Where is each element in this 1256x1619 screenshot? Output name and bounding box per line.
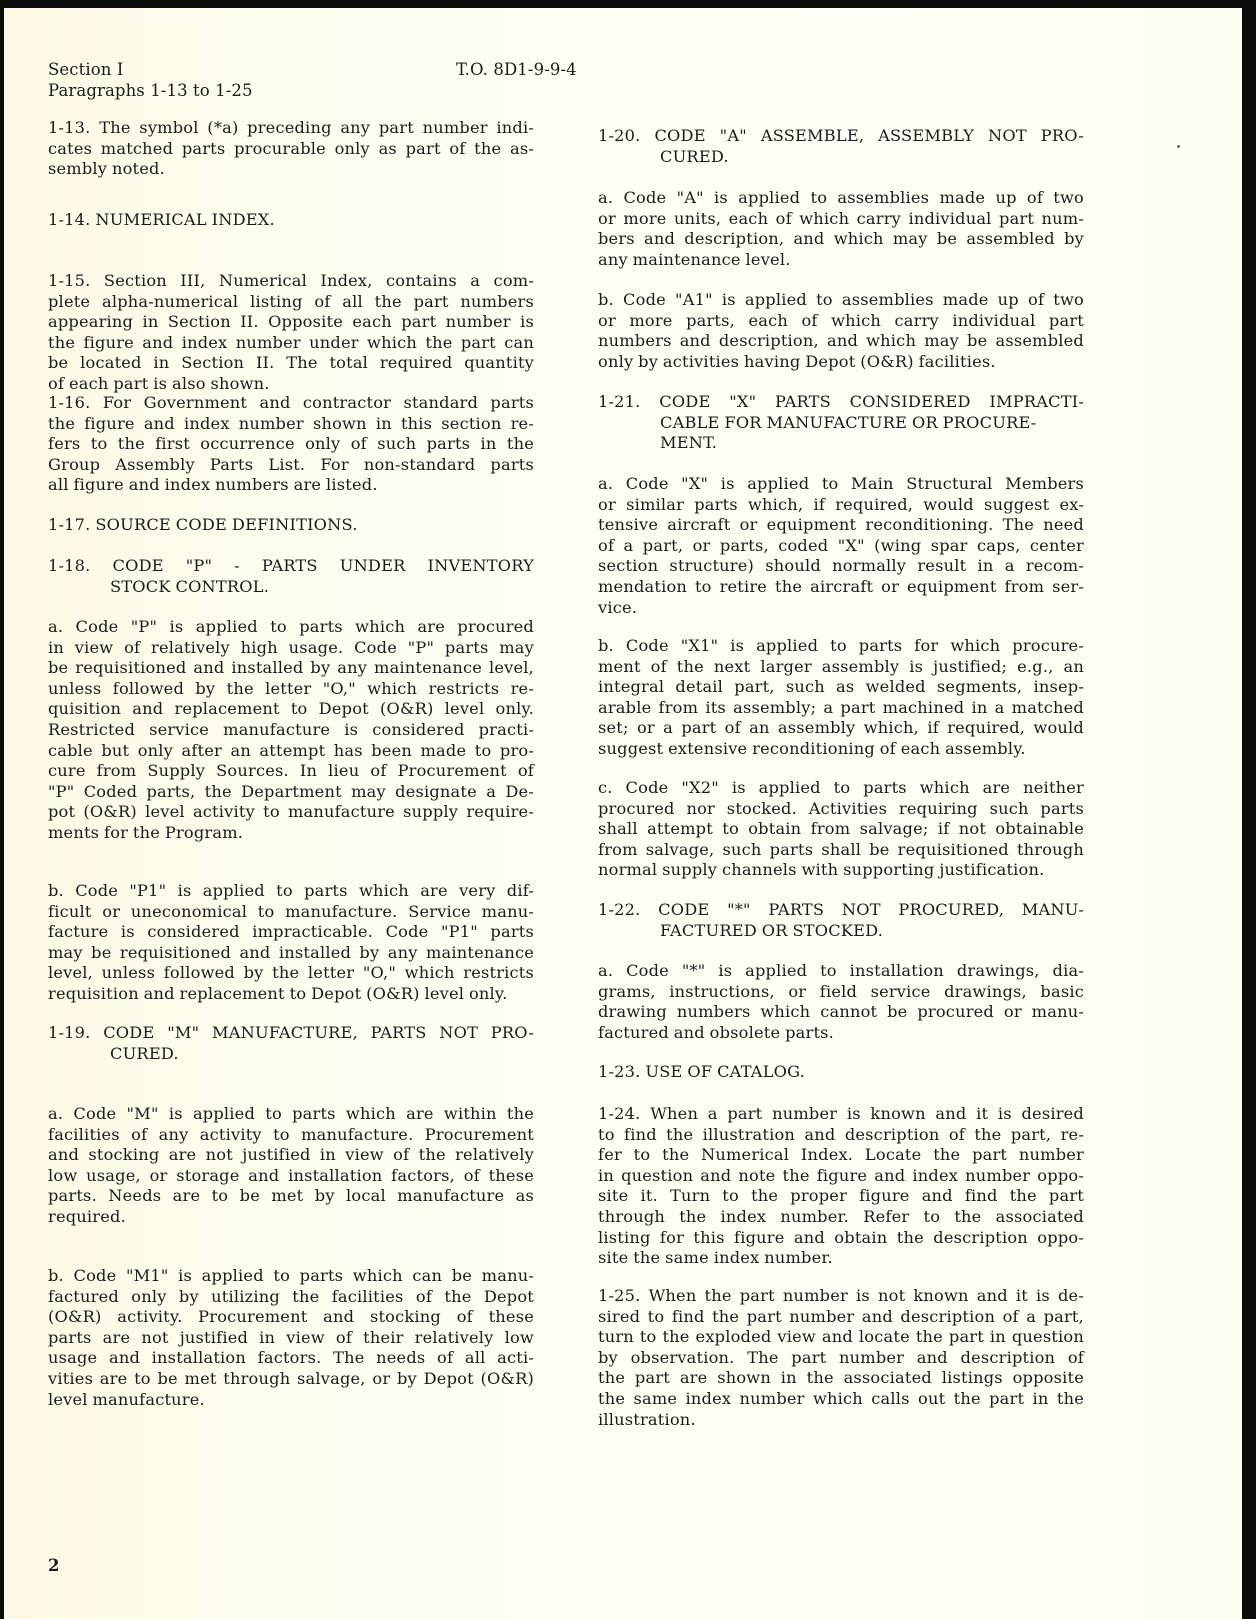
text-line: set; or a part of an assembly which, if …: [598, 718, 1084, 739]
text-line: a. Code "X" is applied to Main Structura…: [598, 474, 1084, 495]
text-line: b. Code "X1" is applied to parts for whi…: [598, 636, 1084, 657]
text-line: bers and description, and which may be a…: [598, 229, 1084, 250]
text-line: 1-23. USE OF CATALOG.: [598, 1062, 1084, 1083]
text-line: any maintenance level.: [598, 250, 1084, 271]
text-line: arable from its assembly; a part machine…: [598, 698, 1084, 719]
text-line: requisition and replacement to Depot (O&…: [48, 984, 534, 1005]
paragraph-p1-16: 1-16. For Government and contractor stan…: [48, 393, 534, 496]
text-line: a. Code "P" is applied to parts which ar…: [48, 617, 534, 638]
text-line: a. Code "M" is applied to parts which ar…: [48, 1104, 534, 1125]
text-line: site the same index number.: [598, 1248, 1084, 1269]
text-line: drawing numbers which cannot be procured…: [598, 1002, 1084, 1023]
text-line: sired to find the part number and descri…: [598, 1307, 1084, 1328]
text-line: "P" Coded parts, the Department may desi…: [48, 782, 534, 803]
paragraph-p1-22a: a. Code "*" is applied to installation d…: [598, 961, 1084, 1043]
text-line: integral detail part, such as welded seg…: [598, 677, 1084, 698]
text-line: illustration.: [598, 1410, 1084, 1431]
text-line: cable but only after an attempt has been…: [48, 741, 534, 762]
text-line: quisition and replacement to Depot (O&R)…: [48, 699, 534, 720]
paragraph-p1-24: 1-24. When a part number is known and it…: [598, 1104, 1084, 1269]
text-line: 1-19. CODE "M" MANUFACTURE, PARTS NOT PR…: [48, 1023, 534, 1044]
text-line: 1-22. CODE "*" PARTS NOT PROCURED, MANU-: [598, 900, 1084, 921]
text-line: vities are to be met through salvage, or…: [48, 1369, 534, 1390]
text-line: or more parts, each of which carry indiv…: [598, 311, 1084, 332]
text-line: in question and note the figure and inde…: [598, 1166, 1084, 1187]
text-line: in view of relatively high usage. Code "…: [48, 638, 534, 659]
text-line: 1-18. CODE "P" - PARTS UNDER INVENTORY: [48, 556, 534, 577]
text-line: normal supply channels with supporting j…: [598, 860, 1084, 881]
text-line: 1-13. The symbol (*a) preceding any part…: [48, 118, 534, 139]
text-line: be requisitioned and installed by any ma…: [48, 658, 534, 679]
section-heading-p1-14: 1-14. NUMERICAL INDEX.: [48, 210, 534, 231]
text-line: section structure) should normally resul…: [598, 556, 1084, 577]
text-line: the figure and index number under which …: [48, 333, 534, 354]
paragraph-p1-18a: a. Code "P" is applied to parts which ar…: [48, 617, 534, 844]
text-line: only by activities having Depot (O&R) fa…: [598, 352, 1084, 373]
paragraph-p1-18b: b. Code "P1" is applied to parts which a…: [48, 881, 534, 1005]
text-line: CURED.: [48, 1044, 534, 1065]
text-line: 1-25. When the part number is not known …: [598, 1286, 1084, 1307]
text-line: of a part, or parts, coded "X" (wing spa…: [598, 536, 1084, 557]
paragraph-p1-25: 1-25. When the part number is not known …: [598, 1286, 1084, 1430]
text-line: vice.: [598, 598, 1084, 619]
text-line: pot (O&R) level activity to manufacture …: [48, 802, 534, 823]
text-line: listing for this figure and obtain the d…: [598, 1228, 1084, 1249]
document-page: Section I Paragraphs 1-13 to 1-25 T.O. 8…: [4, 8, 1242, 1619]
text-line: numbers and description, and which may b…: [598, 331, 1084, 352]
text-line: and stocking are not justified in view o…: [48, 1145, 534, 1166]
text-line: mendation to retire the aircraft or equi…: [598, 577, 1084, 598]
paragraph-p1-20a: a. Code "A" is applied to assemblies mad…: [598, 188, 1084, 270]
text-line: turn to the exploded view and locate the…: [598, 1327, 1084, 1348]
text-line: required.: [48, 1207, 534, 1228]
text-line: level, unless followed by the letter "O,…: [48, 963, 534, 984]
text-line: ficult or uneconomical to manufacture. S…: [48, 902, 534, 923]
section-label: Section I: [48, 60, 123, 80]
paragraph-p1-21c: c. Code "X2" is applied to parts which a…: [598, 778, 1084, 881]
section-heading-p1-18: 1-18. CODE "P" - PARTS UNDER INVENTORYST…: [48, 556, 534, 597]
text-line: a. Code "A" is applied to assemblies mad…: [598, 188, 1084, 209]
text-line: 1-15. Section III, Numerical Index, cont…: [48, 271, 534, 292]
paragraph-p1-21b: b. Code "X1" is applied to parts for whi…: [598, 636, 1084, 760]
text-line: facilities of any activity to manufactur…: [48, 1125, 534, 1146]
text-line: cates matched parts procurable only as p…: [48, 139, 534, 160]
paragraph-p1-19a: a. Code "M" is applied to parts which ar…: [48, 1104, 534, 1228]
text-line: shall attempt to obtain from salvage; if…: [598, 819, 1084, 840]
text-line: b. Code "M1" is applied to parts which c…: [48, 1266, 534, 1287]
text-line: sembly noted.: [48, 159, 534, 180]
text-line: level manufacture.: [48, 1390, 534, 1411]
text-line: cure from Supply Sources. In lieu of Pro…: [48, 761, 534, 782]
text-line: 1-24. When a part number is known and it…: [598, 1104, 1084, 1125]
text-line: ment of the next larger assembly is just…: [598, 657, 1084, 678]
text-line: 1-14. NUMERICAL INDEX.: [48, 210, 534, 231]
text-line: 1-17. SOURCE CODE DEFINITIONS.: [48, 515, 534, 536]
paper-speck: [1177, 145, 1180, 148]
text-line: parts are not justified in view of their…: [48, 1328, 534, 1349]
paragraph-p1-15: 1-15. Section III, Numerical Index, cont…: [48, 271, 534, 395]
text-line: ments for the Program.: [48, 823, 534, 844]
text-line: facture is considered impracticable. Cod…: [48, 922, 534, 943]
section-heading-p1-23: 1-23. USE OF CATALOG.: [598, 1062, 1084, 1083]
paragraph-range: Paragraphs 1-13 to 1-25: [48, 81, 253, 101]
text-line: site it. Turn to the proper figure and f…: [598, 1186, 1084, 1207]
text-line: plete alpha-numerical listing of all the…: [48, 292, 534, 313]
text-line: the same index number which calls out th…: [598, 1389, 1084, 1410]
section-heading-p1-20: 1-20. CODE "A" ASSEMBLE, ASSEMBLY NOT PR…: [598, 126, 1084, 167]
text-line: 1-20. CODE "A" ASSEMBLE, ASSEMBLY NOT PR…: [598, 126, 1084, 147]
text-line: through the index number. Refer to the a…: [598, 1207, 1084, 1228]
text-line: tensive aircraft or equipment reconditio…: [598, 515, 1084, 536]
text-line: 1-16. For Government and contractor stan…: [48, 393, 534, 414]
text-line: from salvage, such parts shall be requis…: [598, 840, 1084, 861]
text-line: b. Code "P1" is applied to parts which a…: [48, 881, 534, 902]
section-heading-p1-22: 1-22. CODE "*" PARTS NOT PROCURED, MANU-…: [598, 900, 1084, 941]
paragraph-p1-19b: b. Code "M1" is applied to parts which c…: [48, 1266, 534, 1410]
text-line: all figure and index numbers are listed.: [48, 475, 534, 496]
text-line: the figure and index number shown in thi…: [48, 414, 534, 435]
text-line: fer to the Numerical Index. Locate the p…: [598, 1145, 1084, 1166]
text-line: a. Code "*" is applied to installation d…: [598, 961, 1084, 982]
technical-order-number: T.O. 8D1-9-9-4: [456, 60, 577, 80]
text-line: usage and installation factors. The need…: [48, 1348, 534, 1369]
page-number: 2: [48, 1556, 59, 1575]
text-line: factured only by utilizing the facilitie…: [48, 1287, 534, 1308]
text-line: or more units, each of which carry indiv…: [598, 209, 1084, 230]
text-line: of each part is also shown.: [48, 374, 534, 395]
text-line: 1-21. CODE "X" PARTS CONSIDERED IMPRACTI…: [598, 392, 1084, 413]
text-line: low usage, or storage and installation f…: [48, 1166, 534, 1187]
text-line: CURED.: [598, 147, 1084, 168]
text-line: fers to the first occurrence only of suc…: [48, 434, 534, 455]
text-line: be located in Section II. The total requ…: [48, 353, 534, 374]
text-line: c. Code "X2" is applied to parts which a…: [598, 778, 1084, 799]
text-line: unless followed by the letter "O," which…: [48, 679, 534, 700]
text-line: MENT.: [598, 433, 1084, 454]
text-line: the part are shown in the associated lis…: [598, 1368, 1084, 1389]
text-line: grams, instructions, or field service dr…: [598, 982, 1084, 1003]
text-line: suggest extensive reconditioning of each…: [598, 739, 1084, 760]
text-line: may be requisitioned and installed by an…: [48, 943, 534, 964]
text-line: Restricted service manufacture is consid…: [48, 720, 534, 741]
text-line: FACTURED OR STOCKED.: [598, 921, 1084, 942]
text-line: appearing in Section II. Opposite each p…: [48, 312, 534, 333]
text-line: Group Assembly Parts List. For non-stand…: [48, 455, 534, 476]
text-line: parts. Needs are to be met by local manu…: [48, 1186, 534, 1207]
text-line: CABLE FOR MANUFACTURE OR PROCURE-: [598, 413, 1084, 434]
text-line: factured and obsolete parts.: [598, 1023, 1084, 1044]
text-line: by observation. The part number and desc…: [598, 1348, 1084, 1369]
paragraph-p1-21a: a. Code "X" is applied to Main Structura…: [598, 474, 1084, 618]
section-heading-p1-19: 1-19. CODE "M" MANUFACTURE, PARTS NOT PR…: [48, 1023, 534, 1064]
paragraph-p1-20b: b. Code "A1" is applied to assemblies ma…: [598, 290, 1084, 372]
text-line: STOCK CONTROL.: [48, 577, 534, 598]
section-heading-p1-21: 1-21. CODE "X" PARTS CONSIDERED IMPRACTI…: [598, 392, 1084, 454]
text-line: (O&R) activity. Procurement and stocking…: [48, 1307, 534, 1328]
section-heading-p1-17: 1-17. SOURCE CODE DEFINITIONS.: [48, 515, 534, 536]
text-line: b. Code "A1" is applied to assemblies ma…: [598, 290, 1084, 311]
text-line: or similar parts which, if required, wou…: [598, 495, 1084, 516]
paragraph-p1-13: 1-13. The symbol (*a) preceding any part…: [48, 118, 534, 180]
text-line: procured nor stocked. Activities requiri…: [598, 799, 1084, 820]
text-line: to find the illustration and description…: [598, 1125, 1084, 1146]
